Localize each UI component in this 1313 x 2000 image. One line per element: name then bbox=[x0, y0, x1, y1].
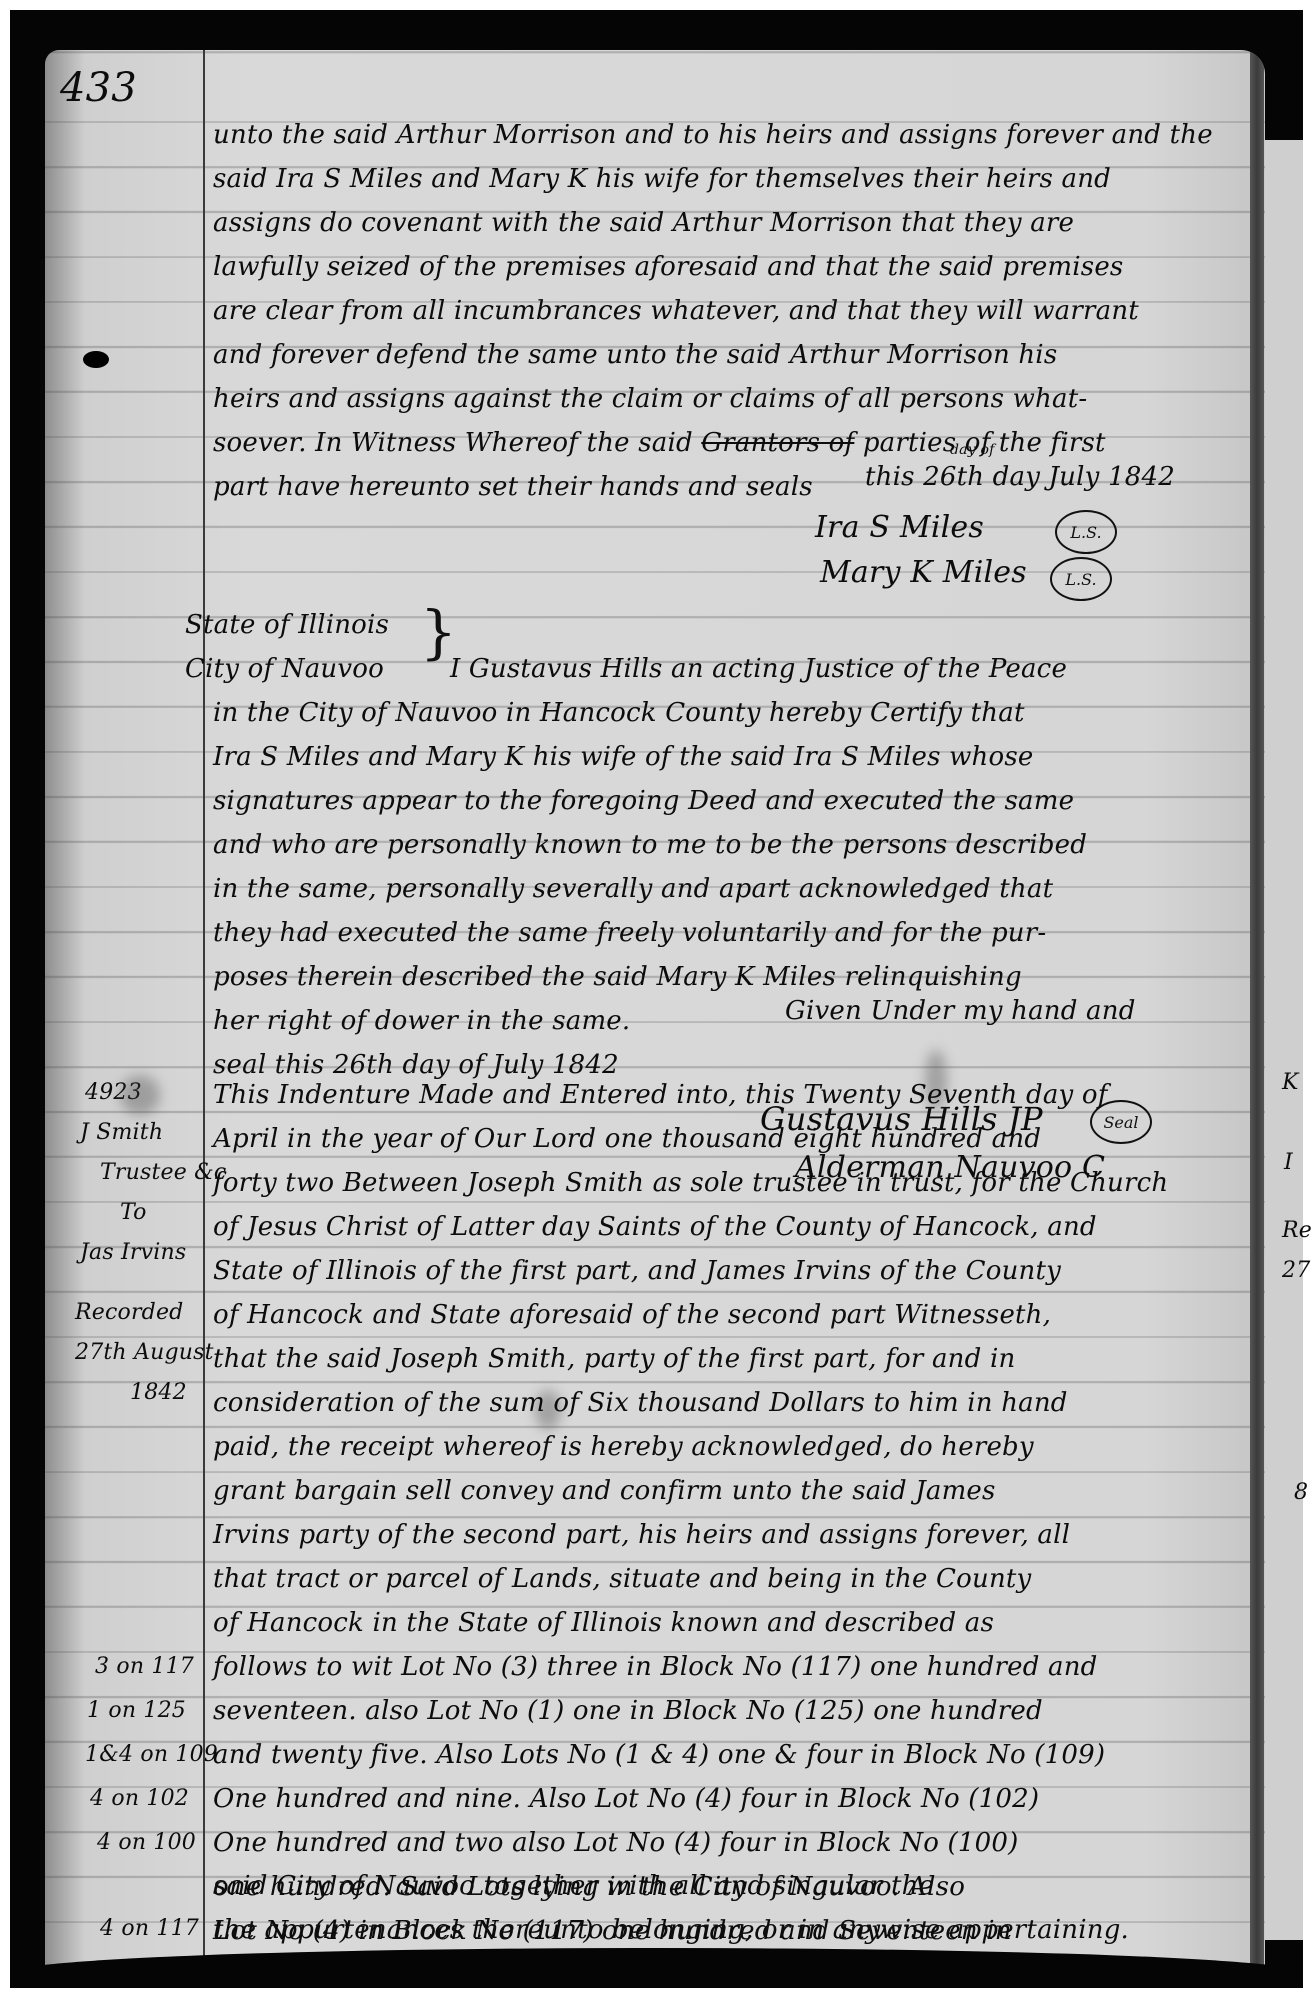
margin-note: To bbox=[120, 1200, 147, 1225]
text-line: the appurtenances thereunto belonging, o… bbox=[213, 1915, 1129, 1945]
venue-state: State of Illinois bbox=[185, 610, 389, 640]
text-line: State of Illinois of the first part, and… bbox=[213, 1256, 1061, 1286]
seal-icon: L.S. bbox=[1050, 557, 1112, 601]
signature-ira-miles: Ira S Miles bbox=[815, 510, 984, 545]
text-line: poses therein described the said Mary K … bbox=[213, 962, 1022, 992]
adjacent-page-fragment: 8 bbox=[1294, 1480, 1308, 1505]
text-segment: soever. In Witness Whereof the said bbox=[213, 428, 693, 458]
lot-note: 4 on 100 bbox=[97, 1830, 196, 1855]
text-line: I Gustavus Hills an acting Justice of th… bbox=[450, 654, 1067, 684]
ledger-page: 433 unto the said Arthur Morrison and to… bbox=[45, 50, 1265, 1965]
text-line: heirs and assigns against the claim or c… bbox=[213, 384, 1087, 414]
text-line: This Indenture Made and Entered into, th… bbox=[213, 1080, 1108, 1110]
venue-city: City of Nauvoo bbox=[185, 654, 384, 684]
text-line: of Jesus Christ of Latter day Saints of … bbox=[213, 1212, 1097, 1242]
text-line: that the said Joseph Smith, party of the… bbox=[213, 1344, 1015, 1374]
ink-blot bbox=[83, 351, 109, 368]
text-line: they had executed the same freely volunt… bbox=[213, 918, 1046, 948]
text-line: said Ira S Miles and Mary K his wife for… bbox=[213, 164, 1111, 194]
text-line: forty two Between Joseph Smith as sole t… bbox=[213, 1168, 1168, 1198]
signature-mary-miles: Mary K Miles bbox=[820, 555, 1027, 590]
text-line: and forever defend the same unto the sai… bbox=[213, 340, 1057, 370]
text-line: part have hereunto set their hands and s… bbox=[213, 472, 813, 502]
seal-icon: L.S. bbox=[1055, 510, 1117, 554]
text-line: assigns do covenant with the said Arthur… bbox=[213, 208, 1074, 238]
margin-note: J Smith bbox=[80, 1120, 163, 1145]
stain bbox=[120, 1075, 160, 1115]
margin-note: 1842 bbox=[130, 1380, 187, 1405]
text-line: signatures appear to the foregoing Deed … bbox=[213, 786, 1074, 816]
struck-text: Grantors of bbox=[701, 428, 854, 458]
lot-note: 4 on 117 bbox=[100, 1916, 199, 1941]
margin-note: 27th August bbox=[75, 1340, 214, 1365]
adjacent-page-fragment: Re bbox=[1282, 1218, 1312, 1243]
text-line: Ira S Miles and Mary K his wife of the s… bbox=[213, 742, 1033, 772]
given-under: Given Under my hand and bbox=[785, 996, 1136, 1026]
adjacent-page-fragment: 27 bbox=[1282, 1258, 1310, 1283]
page-gutter bbox=[1250, 50, 1264, 1965]
text-line: that tract or parcel of Lands, situate a… bbox=[213, 1564, 1031, 1594]
text-line: of Hancock in the State of Illinois know… bbox=[213, 1608, 994, 1638]
text-line: lawfully seized of the premises aforesai… bbox=[213, 252, 1123, 282]
text-line: consideration of the sum of Six thousand… bbox=[213, 1388, 1068, 1418]
text-line: grant bargain sell convey and confirm un… bbox=[213, 1476, 996, 1506]
adjacent-page-fragment: K bbox=[1282, 1070, 1299, 1095]
text-line: and twenty five. Also Lots No (1 & 4) on… bbox=[213, 1740, 1105, 1770]
text-line: in the City of Nauvoo in Hancock County … bbox=[213, 698, 1025, 728]
page-number: 433 bbox=[60, 65, 137, 111]
text-line: One hundred and two also Lot No (4) four… bbox=[213, 1828, 1018, 1858]
text-line: in the same, personally severally and ap… bbox=[213, 874, 1053, 904]
text-line: One hundred and nine. Also Lot No (4) fo… bbox=[213, 1784, 1039, 1814]
margin-note: Recorded bbox=[75, 1300, 183, 1325]
date-line: this 26th day July 1842 bbox=[865, 462, 1175, 492]
text-line: of Hancock and State aforesaid of the se… bbox=[213, 1300, 1051, 1330]
text-line: seventeen. also Lot No (1) one in Block … bbox=[213, 1696, 1043, 1726]
margin-note: Trustee &c bbox=[100, 1160, 226, 1185]
text-line: April in the year of Our Lord one thousa… bbox=[213, 1124, 1041, 1154]
text-line: and who are personally known to me to be… bbox=[213, 830, 1087, 860]
lot-note: 4 on 102 bbox=[90, 1786, 189, 1811]
lot-note: 1&4 on 109 bbox=[85, 1742, 218, 1767]
lot-note: 1 on 125 bbox=[87, 1698, 186, 1723]
adjacent-page-fragment: I bbox=[1284, 1150, 1293, 1175]
text-line: seal this 26th day of July 1842 bbox=[213, 1050, 619, 1080]
text-line: are clear from all incumbrances whatever… bbox=[213, 296, 1139, 326]
text-line: unto the said Arthur Morrison and to his… bbox=[213, 120, 1213, 150]
date-superscript: day of bbox=[950, 442, 994, 458]
text-line: said City of Nauvoo together with all an… bbox=[213, 1871, 934, 1901]
margin-rule bbox=[203, 50, 205, 1965]
adjacent-page-edge bbox=[1265, 140, 1303, 1940]
margin-note: Jas Irvins bbox=[80, 1240, 186, 1265]
text-line: Irvins party of the second part, his hei… bbox=[213, 1520, 1070, 1550]
text-line: follows to wit Lot No (3) three in Block… bbox=[213, 1652, 1098, 1682]
text-line: paid, the receipt whereof is hereby ackn… bbox=[213, 1432, 1034, 1462]
lot-note: 3 on 117 bbox=[95, 1654, 194, 1679]
text-line: her right of dower in the same. bbox=[213, 1006, 630, 1036]
